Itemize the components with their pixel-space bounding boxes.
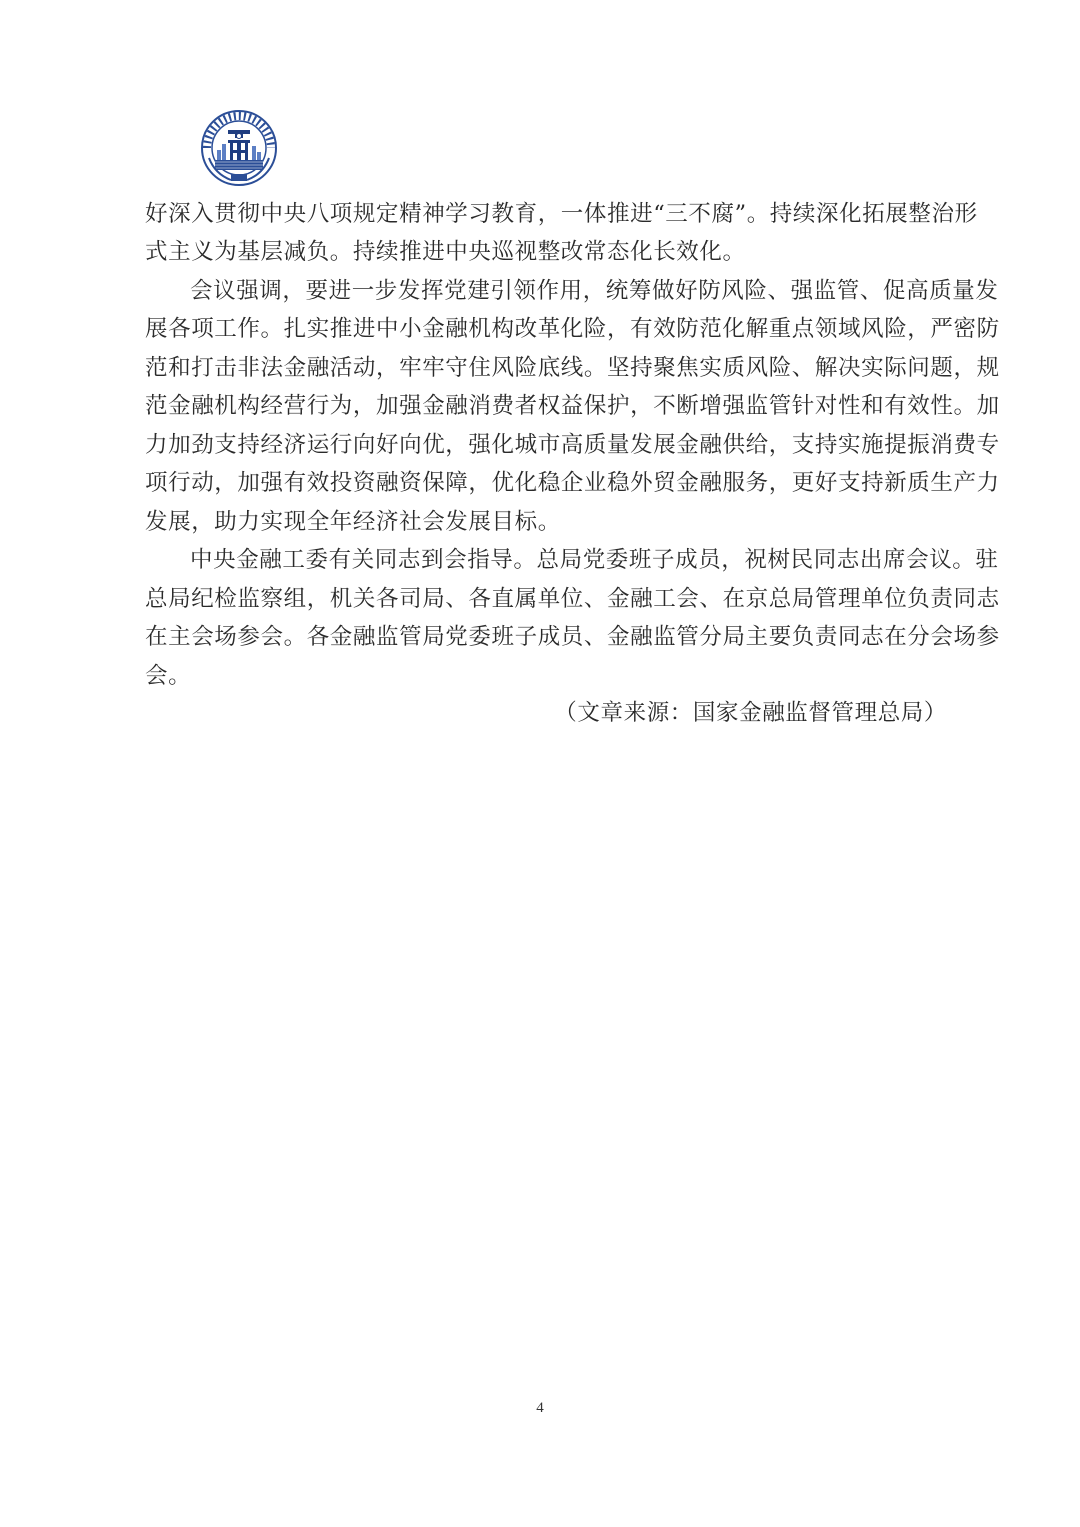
organization-logo — [201, 110, 277, 186]
body-line: 力加劲支持经济运行向好向优，强化城市高质量发展金融供给，支持实施提振消费专 — [145, 426, 947, 464]
body-line: 中央金融工委有关同志到会指导。总局党委班子成员，祝树民同志出席会议。驻 — [190, 541, 947, 579]
body-line: 展各项工作。扎实推进中小金融机构改革化险，有效防范化解重点领域风险，严密防 — [145, 310, 947, 348]
body-line: 式主义为基层减负。持续推进中央巡视整改常态化长效化。 — [145, 233, 746, 271]
body-line: 总局纪检监察组，机关各司局、各直属单位、金融工会、在京总局管理单位负责同志 — [145, 580, 947, 618]
body-line: 会议强调，要进一步发挥党建引领作用，统筹做好防风险、强监管、促高质量发 — [190, 272, 947, 310]
body-line: 范和打击非法金融活动，牢牢守住风险底线。坚持聚焦实质风险、解决实际问题，规 — [145, 349, 947, 387]
body-line: 好深入贯彻中央八项规定精神学习教育，一体推进“三不腐”。持续深化拓展整治形 — [145, 195, 947, 233]
body-line: 项行动，加强有效投资融资保障，优化稳企业稳外贸金融服务，更好支持新质生产力 — [145, 464, 947, 502]
body-line: 范金融机构经营行为，加强金融消费者权益保护，不断增强监管针对性和有效性。加 — [145, 387, 947, 425]
article-source: （文章来源：国家金融监督管理总局） — [554, 694, 947, 732]
page-number: 4 — [0, 1400, 1080, 1417]
body-line: 在主会场参会。各金融监管局党委班子成员、金融监管分局主要负责同志在分会场参 — [145, 618, 947, 656]
body-line: 发展，助力实现全年经济社会发展目标。 — [145, 503, 561, 541]
body-line: 会。 — [145, 657, 191, 695]
